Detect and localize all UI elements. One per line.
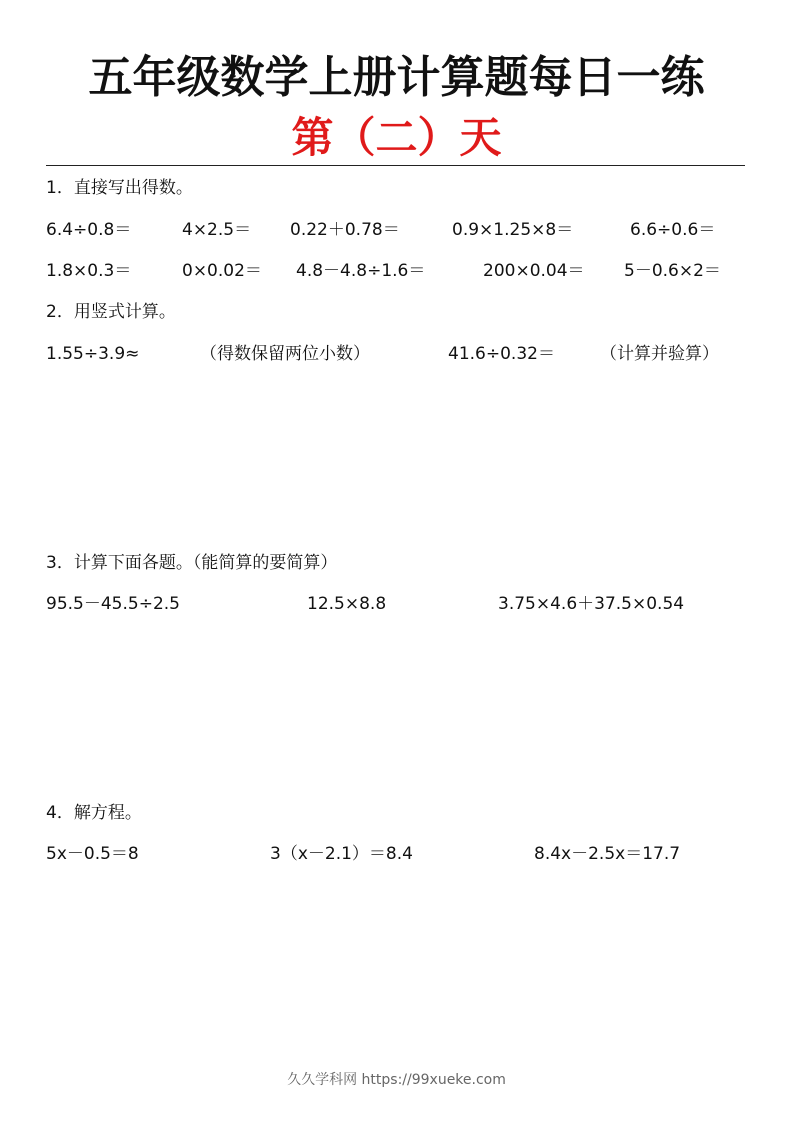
equation-2: 3（x－2.1）＝8.4 (270, 842, 413, 866)
problem-1-2: 4×2.5＝ (182, 218, 251, 242)
section-4-heading: 4．解方程。 (46, 801, 142, 825)
problem-1-5: 6.6÷0.6＝ (630, 218, 715, 242)
equation-1: 5x－0.5＝8 (46, 842, 139, 866)
page-title: 五年级数学上册计算题每日一练 (0, 48, 793, 108)
section-2-heading: 2．用竖式计算。 (46, 300, 176, 324)
problem-2-1-expr: 1.55÷3.9≈ (46, 342, 139, 366)
problem-1-9: 200×0.04＝ (483, 259, 585, 283)
problem-3-2: 12.5×8.8 (307, 592, 386, 616)
problem-2-2-expr: 41.6÷0.32＝ (448, 342, 555, 366)
problem-1-6: 1.8×0.3＝ (46, 259, 131, 283)
section-3-heading: 3．计算下面各题。（能简算的要简算） (46, 551, 337, 575)
problem-1-10: 5－0.6×2＝ (624, 259, 721, 283)
title-divider (46, 165, 745, 166)
equation-3: 8.4x－2.5x＝17.7 (534, 842, 680, 866)
problem-3-1: 95.5－45.5÷2.5 (46, 592, 180, 616)
problem-1-7: 0×0.02＝ (182, 259, 262, 283)
problem-2-1-note: （得数保留两位小数） (200, 342, 370, 366)
problem-2-2-note: （计算并验算） (600, 342, 719, 366)
problem-1-1: 6.4÷0.8＝ (46, 218, 131, 242)
problem-1-3: 0.22＋0.78＝ (290, 218, 400, 242)
day-subtitle: 第（二）天 (0, 110, 793, 166)
section-1-heading: 1．直接写出得数。 (46, 176, 193, 200)
problem-1-8: 4.8－4.8÷1.6＝ (296, 259, 425, 283)
problem-3-3: 3.75×4.6＋37.5×0.54 (498, 592, 684, 616)
footer-watermark: 久久学科网 https://99xueke.com (0, 1070, 793, 1090)
problem-1-4: 0.9×1.25×8＝ (452, 218, 573, 242)
